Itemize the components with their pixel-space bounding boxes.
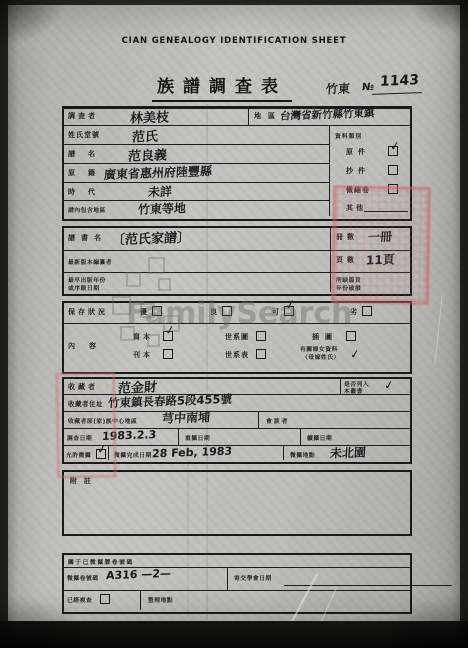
familysearch-tree-icon bbox=[147, 334, 160, 347]
checkbox-poor bbox=[362, 306, 372, 316]
interviewer-label: 會談者 bbox=[266, 416, 289, 425]
rule bbox=[248, 106, 249, 125]
era-value: 未詳 bbox=[148, 183, 173, 201]
arrange-place-label: 整理地點 bbox=[148, 595, 173, 604]
box-notes bbox=[62, 470, 412, 536]
latest-compiler-label: 最新版本編纂者 bbox=[68, 257, 112, 266]
familysearch-watermark: FamilySearch bbox=[126, 296, 353, 331]
familysearch-tree-icon bbox=[158, 278, 171, 291]
sheet-number-handwritten: 1143 bbox=[380, 72, 420, 89]
era-label: 時代 bbox=[68, 187, 108, 197]
category-original-label: 原件 bbox=[346, 147, 370, 157]
content-illustrations-label: 插圖 bbox=[312, 332, 338, 342]
refilm-date-label: 重攝日期 bbox=[185, 433, 210, 442]
category-copy-label: 抄件 bbox=[346, 166, 370, 176]
origin-label: 原籍 bbox=[68, 168, 108, 178]
continue-film-date-label: 續攝日期 bbox=[307, 433, 332, 442]
content-printed-label: 刊本 bbox=[133, 350, 153, 360]
rule bbox=[62, 125, 410, 126]
roll-section-header-label: 關于已微攝膠卷號碼 bbox=[68, 557, 134, 566]
checkbox-printed bbox=[163, 349, 173, 359]
rule bbox=[62, 590, 410, 591]
genealogy-name-value: 范良義 bbox=[128, 144, 168, 164]
reviewed-label: 已經複查 bbox=[67, 595, 92, 604]
rule bbox=[283, 445, 284, 460]
chinese-form-title: 族譜調查表 bbox=[152, 72, 292, 102]
check-women-data: ✓ bbox=[349, 346, 361, 362]
rule bbox=[340, 377, 341, 394]
book-title-value: 〔范氏家譜〕 bbox=[112, 227, 191, 249]
check-original: ✓ bbox=[389, 138, 401, 154]
familysearch-tree-icon bbox=[163, 315, 180, 332]
content-lineage-table-label: 世系表 bbox=[225, 350, 249, 360]
rule bbox=[62, 144, 329, 145]
checkbox-lineage-chart bbox=[256, 331, 266, 341]
english-title: CIAN GENEALOGY IDENTIFICATION SHEET bbox=[0, 36, 468, 46]
filming-place-label: 微攝地點 bbox=[290, 450, 315, 459]
familysearch-tree-icon bbox=[148, 257, 165, 274]
content-lineage-chart-label: 世系圖 bbox=[225, 332, 249, 342]
scanned-genealogy-sheet: CIAN GENEALOGY IDENTIFICATION SHEET 族譜調查… bbox=[0, 0, 468, 648]
rule bbox=[300, 428, 301, 445]
number-symbol: № bbox=[362, 82, 375, 93]
familysearch-tree-icon bbox=[140, 303, 155, 318]
roll-number-value: A316 —2— bbox=[106, 567, 172, 582]
checkbox-reviewed bbox=[100, 594, 110, 604]
area-label: 地區 bbox=[254, 111, 282, 121]
checkbox-lineage-table bbox=[256, 349, 266, 359]
filming-done-date-label: 微攝完成日期 bbox=[114, 450, 152, 459]
content-women-label-2: （母嫁姓氏） bbox=[302, 352, 340, 361]
familysearch-tree-icon bbox=[112, 296, 131, 315]
scan-bottom-edge bbox=[0, 621, 468, 648]
rule bbox=[178, 428, 179, 445]
surname-hall-value: 范氏 bbox=[132, 126, 159, 146]
genealogy-name-label: 譜名 bbox=[68, 149, 108, 159]
investigator-value: 林美枝 bbox=[130, 106, 170, 126]
familysearch-tree-icon bbox=[126, 272, 141, 287]
checkbox-illustrations bbox=[346, 331, 356, 341]
rule bbox=[62, 200, 329, 201]
sent-to-society-label: 寄交學會日期 bbox=[234, 573, 272, 582]
rule bbox=[140, 590, 141, 610]
rule bbox=[227, 567, 228, 590]
roll-number-label: 微攝卷號碼 bbox=[67, 573, 99, 582]
rule bbox=[329, 125, 330, 216]
content-label: 內容 bbox=[68, 341, 110, 351]
material-category-label: 資料類別 bbox=[335, 131, 362, 140]
listed-in-series-label-2: 本叢書 bbox=[344, 386, 363, 395]
surname-hall-label: 姓氏堂號 bbox=[68, 130, 100, 140]
investigator-label: 調查者 bbox=[68, 111, 98, 121]
sent-to-society-line bbox=[284, 585, 452, 586]
familysearch-tree-icon bbox=[120, 326, 135, 341]
included-regions-value: 竹東等地 bbox=[138, 199, 187, 218]
series-handwritten: 竹東 bbox=[326, 80, 351, 98]
red-seal-stamp-right bbox=[331, 185, 431, 305]
check-listed: ✓ bbox=[383, 377, 395, 393]
family-center-value: 芎中南埔 bbox=[162, 408, 211, 427]
book-title-label: 譜書名 bbox=[68, 233, 107, 243]
rule bbox=[62, 182, 329, 183]
condition-label: 保存狀況 bbox=[68, 307, 108, 317]
red-seal-stamp-left bbox=[55, 371, 117, 478]
filming-place-value: 未北園 bbox=[330, 443, 367, 461]
rule bbox=[258, 411, 259, 428]
earliest-year-label-2: 或序跋日期 bbox=[68, 283, 100, 292]
checkbox-copy bbox=[388, 165, 398, 175]
included-regions-label: 譜內包含地區 bbox=[68, 205, 106, 214]
